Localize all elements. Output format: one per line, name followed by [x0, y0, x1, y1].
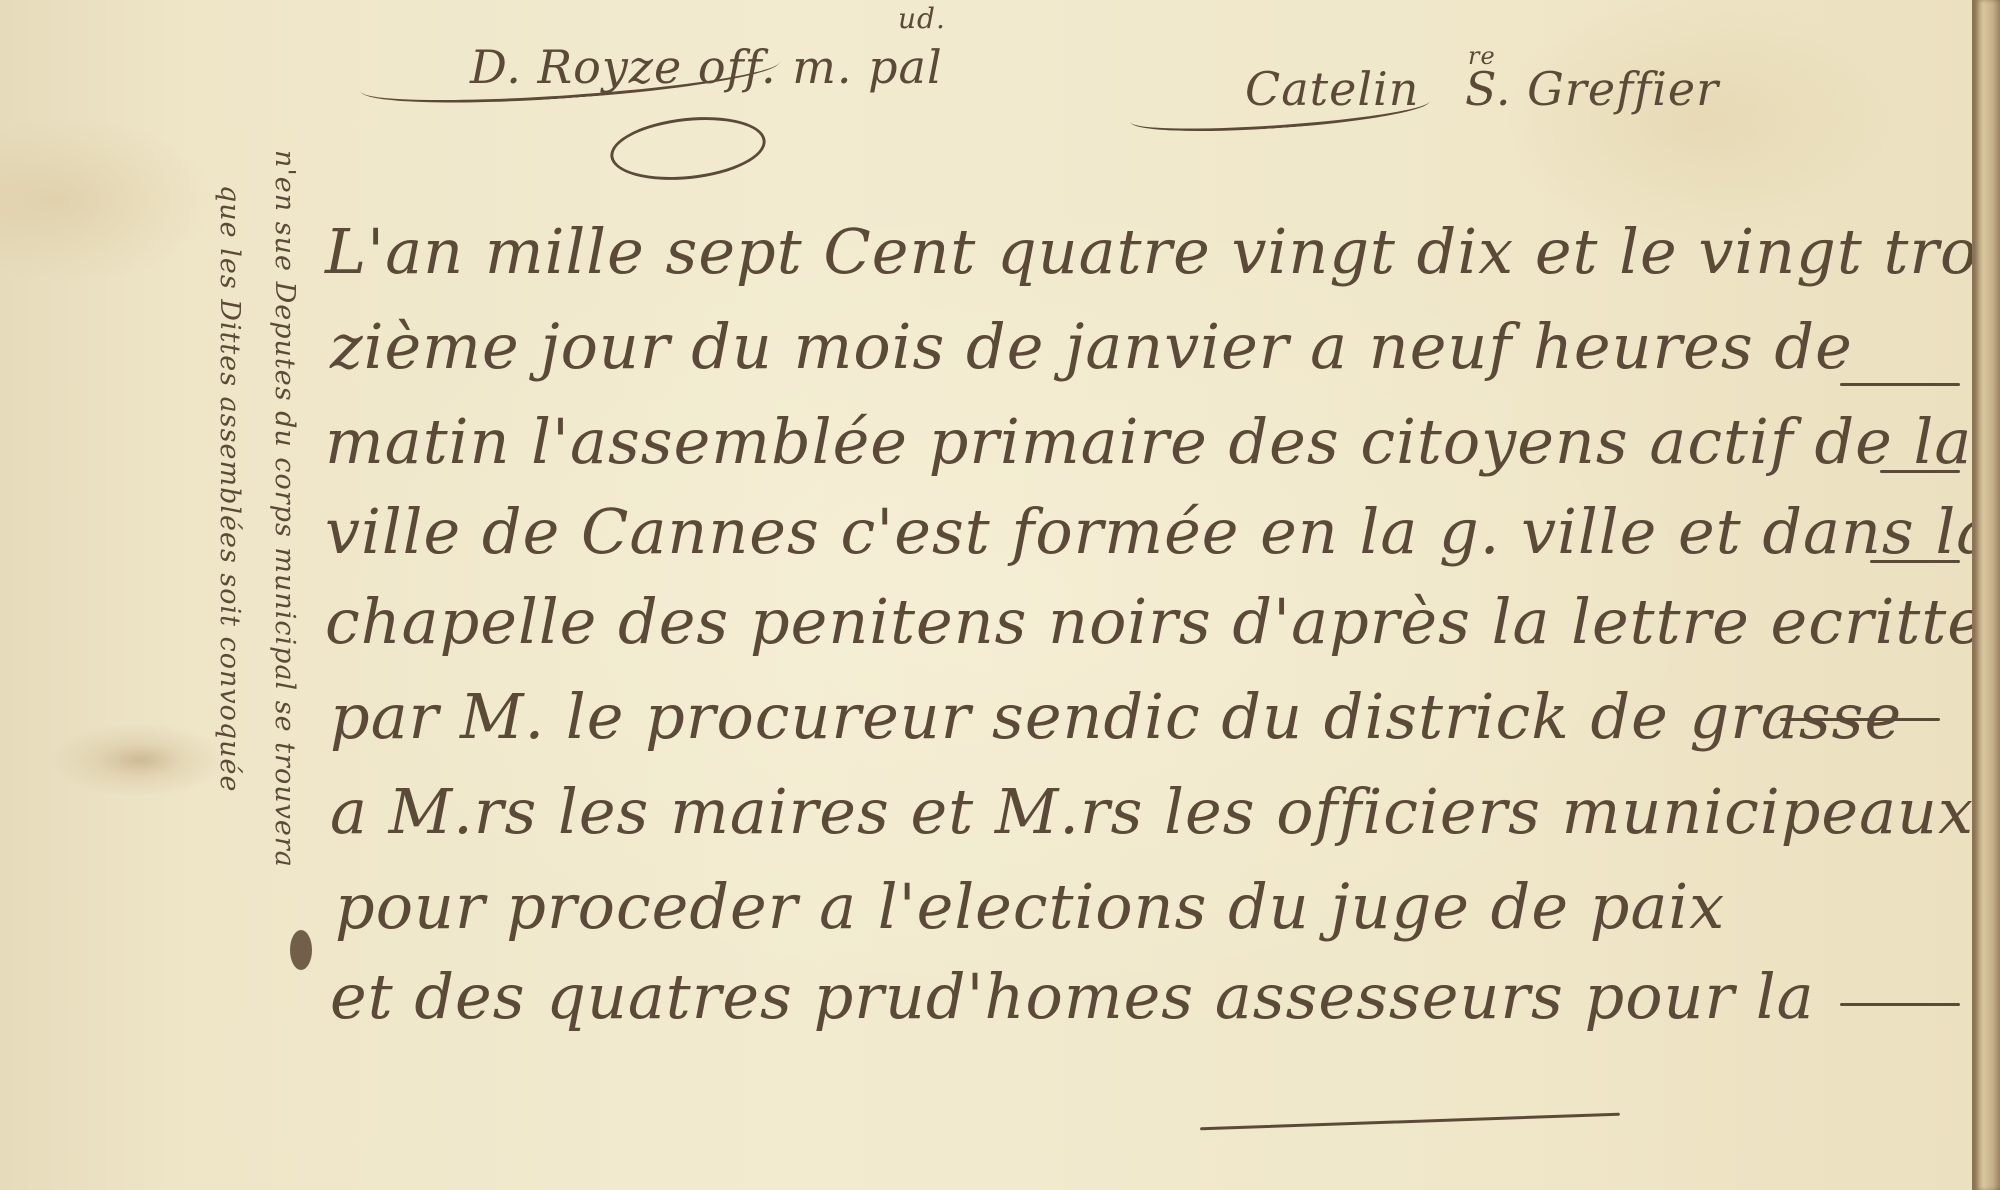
- ink-blot: [290, 930, 312, 970]
- closing-stroke: [1200, 1113, 1620, 1131]
- body-line-1: L'an mille sept Cent quatre vingt dix et…: [325, 215, 2000, 288]
- line-filler-stroke: [1840, 383, 1960, 386]
- line-filler-stroke: [1840, 1003, 1960, 1006]
- body-line-5: chapelle des penitens noirs d'après la l…: [325, 585, 1985, 658]
- signature-paraph-flourish: [607, 110, 769, 187]
- margin-note-line-1: n'en sue Deputes du corps municipal se t…: [269, 150, 300, 868]
- line-filler-stroke: [1870, 560, 1960, 563]
- body-line-3: matin l'assemblée primaire des citoyens …: [325, 405, 1972, 478]
- margin-note-line-2: que les Dittes assemblées soit convoquée: [214, 185, 245, 792]
- signature-left: D. Royze off. m. pal: [470, 40, 943, 94]
- body-line-6: par M. le procureur sendic du districk d…: [330, 680, 1902, 753]
- body-line-7: a M.rs les maires et M.rs les officiers …: [330, 775, 1974, 848]
- line-filler-stroke: [1880, 470, 1960, 473]
- book-gutter: [1975, 0, 2000, 1190]
- manuscript-page: D. Royze off. m. pal ud. Catelin S. Gref…: [0, 0, 1975, 1190]
- body-line-4: ville de Cannes c'est formée en la g. vi…: [325, 495, 1994, 568]
- signature-left-title: off. m. pal: [698, 40, 943, 94]
- signature-left-name: D. Royze: [470, 40, 682, 94]
- signature-right-title: S. Greffier: [1465, 62, 1719, 116]
- body-line-8: pour proceder a l'elections du juge de p…: [335, 870, 1725, 943]
- signature-left-superscript: ud.: [898, 2, 946, 35]
- body-line-9: et des quatres prud'homes assesseurs pou…: [330, 960, 1815, 1033]
- body-line-2: zième jour du mois de janvier a neuf heu…: [330, 310, 1853, 383]
- line-filler-stroke: [1780, 718, 1940, 721]
- signature-right-superscript: re: [1468, 42, 1496, 70]
